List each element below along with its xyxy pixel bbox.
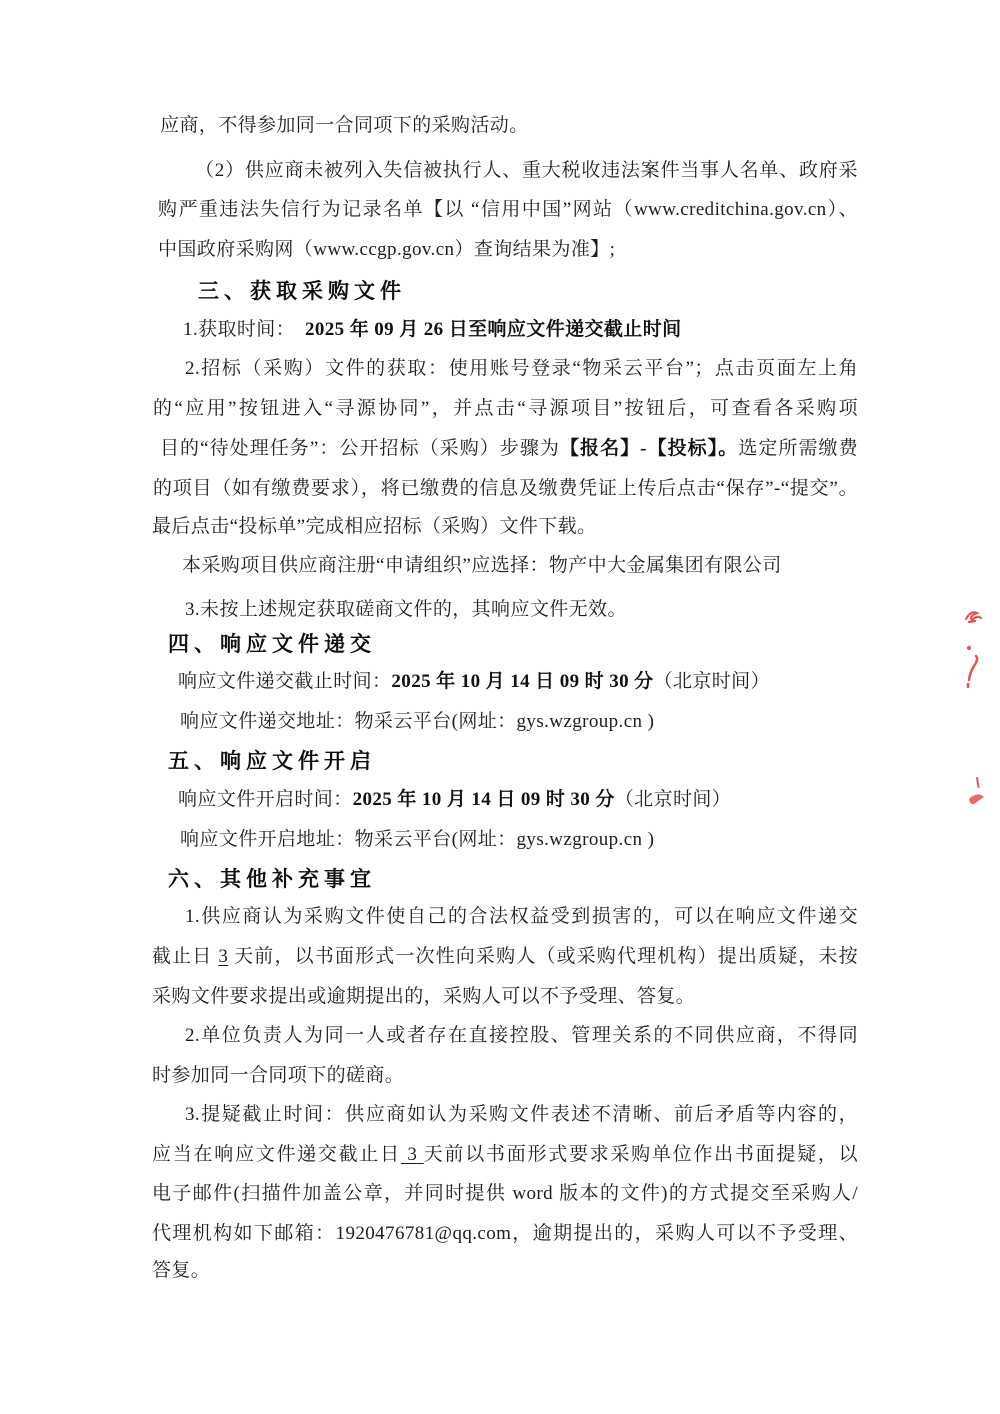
heading-text: 五、响应文件开启	[168, 750, 376, 773]
text-segment: 应当在响应文件递交截止日	[152, 1144, 401, 1165]
bold-date-text: 2025 年 10 月 14 日 09 时 30 分	[353, 789, 615, 810]
contact-email-line: 代理机构如下邮箱：1920476781@qq.com，逾期提出的，采购人可以不予…	[152, 1220, 858, 1247]
text-segment: （北京时间）	[615, 789, 731, 810]
text-line: 2.单位负责人为同一人或者存在直接控股、管理关系的不同供应商，不得同	[152, 1022, 858, 1049]
text-segment: 电子邮件(扫描件加盖公章，并同时提供 word 版本的文件)的方式提交至采购人/	[152, 1183, 858, 1204]
text-segment: 响应文件递交地址：物采云平台(网址：gys.wzgroup.cn )	[180, 711, 654, 732]
text-segment: 天前以书面形式要求采购单位作出书面提疑，以	[424, 1144, 858, 1165]
red-annotation-mark-upper	[958, 604, 990, 688]
text-line: （2）供应商未被列入失信被执行人、重大税收违法案件当事人名单、政府采	[152, 157, 858, 184]
opening-time-line: 响应文件开启时间：2025 年 10 月 14 日 09 时 30 分（北京时间…	[152, 786, 858, 813]
text-segment: （2）供应商未被列入失信被执行人、重大税收违法案件当事人名单、政府采	[195, 160, 858, 181]
text-segment: 截止日	[152, 946, 218, 967]
document-page: 应商，不得参加同一合同项下的采购活动。 （2）供应商未被列入失信被执行人、重大税…	[0, 0, 1000, 1414]
text-line: 电子邮件(扫描件加盖公章，并同时提供 word 版本的文件)的方式提交至采购人/	[152, 1180, 858, 1207]
text-segment: 的“应用”按钮进入“寻源协同”，并点击“寻源项目”按钮后，可查看各采购项	[153, 398, 858, 419]
heading-text: 四、响应文件递交	[168, 633, 376, 656]
text-segment: （北京时间）	[654, 671, 770, 692]
text-segment: 的项目（如有缴费要求），将已缴费的信息及缴费凭证上传后点击“保存”-“提交”。	[153, 478, 858, 499]
text-line: 中国政府采购网（www.ccgp.gov.cn）查询结果为准】;	[152, 236, 858, 263]
text-segment: 代理机构如下邮箱：1920476781@qq.com，逾期提出的，采购人可以不予…	[152, 1223, 858, 1244]
section-heading-response-opening: 五、响应文件开启	[152, 748, 858, 775]
text-line: 应当在响应文件递交截止日 3 天前以书面形式要求采购单位作出书面提疑，以	[152, 1141, 858, 1168]
register-organization-line: 本采购项目供应商注册“申请组织”应选择：物产中大金属集团有限公司	[152, 552, 858, 579]
bold-step-text: 【报名】-【投标】。	[560, 438, 738, 459]
text-segment: 最后点击“投标单”完成相应招标（采购）文件下载。	[152, 516, 596, 537]
underlined-number: 3	[218, 946, 228, 967]
text-segment: 3.提疑截止时间：供应商如认为采购文件表述不清晰、前后矛盾等内容的，	[185, 1104, 858, 1125]
submission-address-line: 响应文件递交地址：物采云平台(网址：gys.wzgroup.cn )	[152, 708, 858, 735]
text-line: 2.招标（采购）文件的获取：使用账号登录“物采云平台”；点击页面左上角	[152, 355, 858, 382]
text-line: 采购文件要求提出或逾期提出的，采购人可以不予受理、答复。	[152, 983, 858, 1010]
obtain-time-line: 1.获取时间： 2025 年 09 月 26 日至响应文件递交截止时间	[152, 316, 858, 343]
text-line: 最后点击“投标单”完成相应招标（采购）文件下载。	[152, 513, 858, 540]
submission-deadline-line: 响应文件递交截止时间：2025 年 10 月 14 日 09 时 30 分（北京…	[152, 668, 858, 695]
text-line: 截止日 3 天前，以书面形式一次性向采购人（或采购代理机构）提出质疑，未按	[152, 943, 858, 970]
section-heading-response-submission: 四、响应文件递交	[152, 631, 858, 658]
text-line: 的“应用”按钮进入“寻源协同”，并点击“寻源项目”按钮后，可查看各采购项	[152, 395, 858, 422]
bold-date-text: 2025 年 09 月 26 日至响应文件递交截止时间	[305, 319, 682, 340]
bold-date-text: 2025 年 10 月 14 日 09 时 30 分	[391, 671, 653, 692]
text-segment: 购严重违法失信行为记录名单【以 “信用中国”网站（www.creditchina…	[158, 199, 858, 220]
red-annotation-mark-lower	[964, 772, 990, 814]
text-segment: 本采购项目供应商注册“申请组织”应选择：物产中大金属集团有限公司	[182, 555, 782, 576]
text-line: 的项目（如有缴费要求），将已缴费的信息及缴费凭证上传后点击“保存”-“提交”。	[152, 475, 858, 502]
text-line: 3.提疑截止时间：供应商如认为采购文件表述不清晰、前后矛盾等内容的，	[152, 1101, 858, 1128]
heading-text: 三、获取采购文件	[198, 280, 406, 303]
text-segment: 响应文件开启时间：	[178, 789, 353, 810]
heading-text: 六、其他补充事宜	[168, 868, 376, 891]
text-segment: 时参加同一合同项下的磋商。	[152, 1065, 404, 1086]
text-segment: 答复。	[152, 1260, 210, 1281]
text-segment: 2.单位负责人为同一人或者存在直接控股、管理关系的不同供应商，不得同	[185, 1025, 858, 1046]
text-line: 购严重违法失信行为记录名单【以 “信用中国”网站（www.creditchina…	[152, 196, 858, 223]
text-segment: 中国政府采购网（www.ccgp.gov.cn）查询结果为准】;	[158, 239, 615, 260]
text-segment: 1.供应商认为采购文件使自己的合法权益受到损害的，可以在响应文件递交	[185, 906, 858, 927]
text-line: 应商，不得参加同一合同项下的采购活动。	[152, 112, 858, 139]
text-segment: 2.招标（采购）文件的获取：使用账号登录“物采云平台”；点击页面左上角	[185, 358, 858, 379]
text-segment: 选定所需缴费	[738, 438, 858, 459]
text-segment: 目的“待处理任务”：公开招标（采购）步骤为	[160, 438, 560, 459]
text-line: 答复。	[152, 1257, 858, 1284]
section-heading-other-matters: 六、其他补充事宜	[152, 866, 858, 893]
text-line: 时参加同一合同项下的磋商。	[152, 1062, 858, 1089]
opening-address-line: 响应文件开启地址：物采云平台(网址：gys.wzgroup.cn )	[152, 826, 858, 853]
text-line: 1.供应商认为采购文件使自己的合法权益受到损害的，可以在响应文件递交	[152, 903, 858, 930]
text-segment: 1.获取时间：	[183, 319, 305, 340]
text-segment: 响应文件开启地址：物采云平台(网址：gys.wzgroup.cn )	[180, 829, 654, 850]
text-line: 目的“待处理任务”：公开招标（采购）步骤为【报名】-【投标】。选定所需缴费	[152, 435, 858, 462]
text-segment: 3.未按上述规定获取磋商文件的，其响应文件无效。	[185, 599, 627, 620]
text-segment: 响应文件递交截止时间：	[178, 671, 391, 692]
text-segment: 天前，以书面形式一次性向采购人（或采购代理机构）提出质疑，未按	[228, 946, 858, 967]
text-line: 3.未按上述规定获取磋商文件的，其响应文件无效。	[152, 596, 858, 623]
section-heading-obtain-documents: 三、获取采购文件	[152, 278, 858, 305]
underlined-number: 3	[401, 1144, 424, 1165]
text-segment: 采购文件要求提出或逾期提出的，采购人可以不予受理、答复。	[152, 986, 695, 1007]
text-segment: 应商，不得参加同一合同项下的采购活动。	[160, 115, 529, 136]
